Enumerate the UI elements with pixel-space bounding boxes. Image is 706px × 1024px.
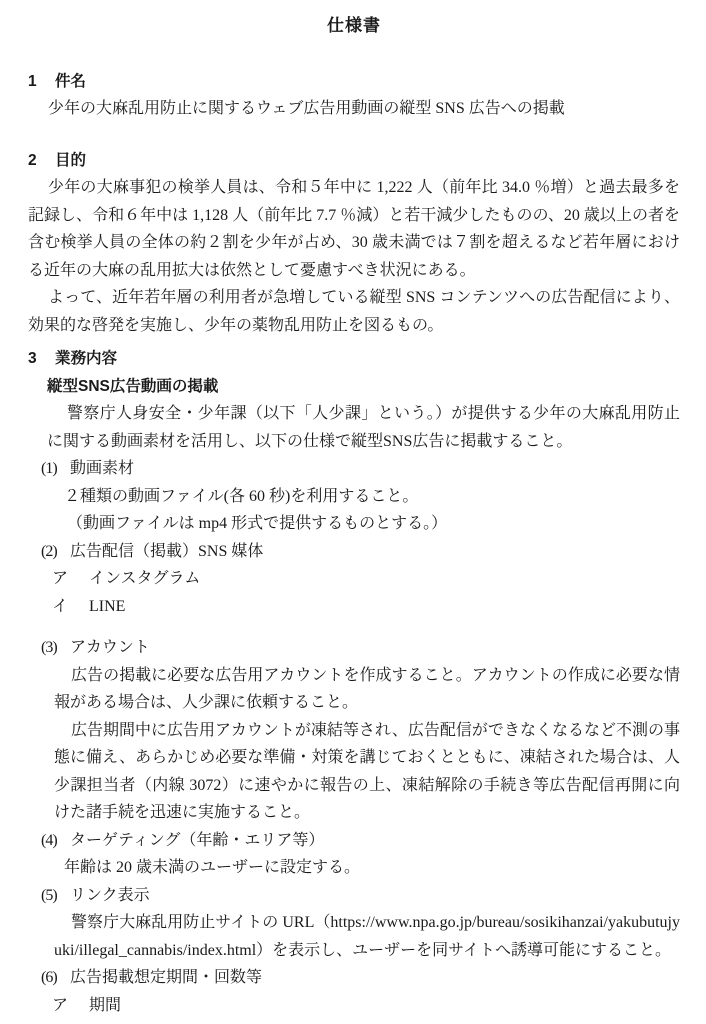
item-3-number: (3) [41, 634, 70, 662]
item-6-sub-a-marker: ア [52, 992, 73, 1020]
section-2-heading: 2目的 [28, 147, 680, 175]
item-2-row: (2)広告配信（掲載）SNS 媒体 [28, 538, 680, 566]
specification-document-page: 仕様書 1件名 少年の大麻乱用防止に関するウェブ広告用動画の縦型 SNS 広告へ… [0, 0, 706, 1024]
item-1-row: (1)動画素材 [28, 455, 680, 483]
section-2-number: 2 [28, 147, 41, 175]
item-2-sub-a-marker: ア [52, 565, 73, 593]
section-3-subheading: 縦型SNS広告動画の掲載 [47, 373, 680, 401]
section-2-paragraph-1: 少年の大麻事犯の検挙人員は、令和５年中に 1,222 人（前年比 34.0 ％増… [28, 174, 680, 284]
item-1-line-1: ２種類の動画ファイル(各 60 秒)を利用すること。 [28, 483, 680, 511]
item-2-sub-a-label: インスタグラム [89, 570, 200, 587]
item-6-sub-a-label: 期間 [89, 997, 121, 1014]
item-4-number: (4) [41, 827, 70, 855]
item-6-row: (6)広告掲載想定期間・回数等 [28, 964, 680, 992]
item-5-paragraph-1: 警察庁大麻乱用防止サイトの URL（https://www.npa.go.jp/… [54, 909, 680, 964]
section-3-heading: 3業務内容 [28, 345, 680, 373]
item-2-sub-b: イLINE [28, 593, 680, 621]
page-title: 仕様書 [28, 12, 680, 40]
section-3-label: 業務内容 [55, 350, 117, 367]
item-2-sub-b-marker: イ [52, 593, 73, 621]
item-5-row: (5)リンク表示 [28, 882, 680, 910]
item-1-label: 動画素材 [70, 460, 134, 477]
item-5-number: (5) [41, 882, 70, 910]
item-1-number: (1) [41, 455, 70, 483]
item-4-line-1: 年齢は 20 歳未満のユーザーに設定する。 [28, 854, 680, 882]
section-1-number: 1 [28, 68, 41, 96]
item-3-label: アカウント [70, 639, 150, 656]
section-3-number: 3 [28, 345, 41, 373]
section-3-intro: 警察庁人身安全・少年課（以下「人少課」という。）が提供する少年の大麻乱用防止に関… [47, 400, 680, 455]
item-2-sub-b-label: LINE [89, 598, 125, 615]
item-2-label: 広告配信（掲載）SNS 媒体 [70, 543, 263, 560]
item-3-paragraph-2: 広告期間中に広告用アカウントが凍結等され、広告配信ができなくなるなど不測の事態に… [54, 717, 680, 827]
item-2-number: (2) [41, 538, 70, 566]
item-4-row: (4)ターゲティング（年齢・エリア等） [28, 827, 680, 855]
item-2-sub-a: アインスタグラム [28, 565, 680, 593]
item-6-sub-a: ア期間 [28, 992, 680, 1020]
item-6-label: 広告掲載想定期間・回数等 [70, 969, 262, 986]
section-1-label: 件名 [55, 73, 86, 90]
item-5-label: リンク表示 [70, 887, 150, 904]
item-3-row: (3)アカウント [28, 634, 680, 662]
section-1-body: 少年の大麻乱用防止に関するウェブ広告用動画の縦型 SNS 広告への掲載 [28, 95, 680, 123]
section-2-label: 目的 [55, 152, 86, 169]
item-1-line-2: （動画ファイルは mp4 形式で提供するものとする。） [28, 510, 680, 538]
item-3-paragraph-1: 広告の掲載に必要な広告用アカウントを作成すること。アカウントの作成に必要な情報が… [54, 662, 680, 717]
item-4-label: ターゲティング（年齢・エリア等） [70, 832, 324, 849]
section-1-heading: 1件名 [28, 68, 680, 96]
section-2-paragraph-2: よって、近年若年層の利用者が急増している縦型 SNS コンテンツへの広告配信によ… [28, 284, 680, 339]
item-6-number: (6) [41, 964, 70, 992]
